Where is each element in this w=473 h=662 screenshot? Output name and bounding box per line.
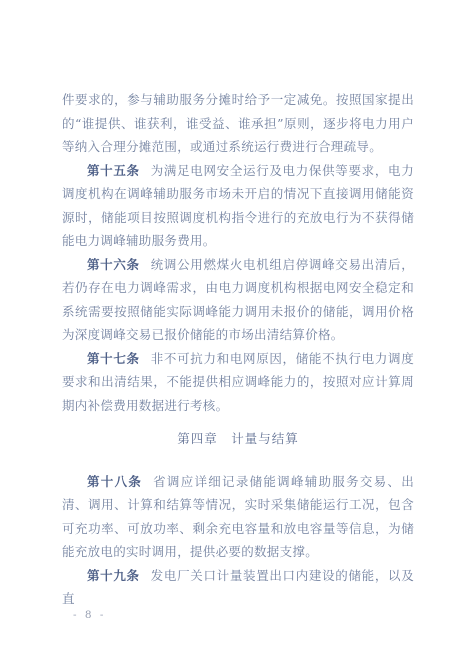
document-page: 件要求的，参与辅助服务分摊时给予一定减免。按照国家提出的“谁提供、谁获利，谁受益…: [0, 0, 473, 662]
paragraph-article-18: 第十八条省调应详细记录储能调峰辅助服务交易、出清、调用、计算和结算等情况，实时采…: [62, 470, 414, 564]
chapter-heading: 第四章 计量与结算: [62, 427, 414, 451]
paragraph-article-15: 第十五条为满足电网安全运行及电力保供等要求，电力调度机构在调峰辅助服务市场未开启…: [62, 159, 414, 253]
article-16-term: 第十六条: [87, 257, 140, 272]
article-19-term: 第十九条: [87, 568, 140, 583]
article-18-term: 第十八条: [87, 474, 142, 489]
page-number: - 8 -: [73, 609, 106, 621]
paragraph-continuation-text: 件要求的，参与辅助服务分摊时给予一定减免。按照国家提出的“谁提供、谁获利，谁受益…: [62, 92, 414, 154]
article-17-term: 第十七条: [87, 351, 140, 366]
paragraph-continuation: 件要求的，参与辅助服务分摊时给予一定减免。按照国家提出的“谁提供、谁获利，谁受益…: [62, 88, 414, 159]
paragraph-article-19: 第十九条发电厂关口计量装置出口内建设的储能，以及直: [62, 564, 414, 611]
paragraph-article-17: 第十七条非不可抗力和电网原因，储能不执行电力调度要求和出清结果，不能提供相应调峰…: [62, 347, 414, 418]
paragraph-article-16: 第十六条统调公用燃煤火电机组启停调峰交易出清后，若仍存在电力调峰需求，由电力调度…: [62, 253, 414, 347]
article-15-term: 第十五条: [87, 163, 140, 178]
document-body: 件要求的，参与辅助服务分摊时给予一定减免。按照国家提出的“谁提供、谁获利，谁受益…: [62, 88, 414, 611]
